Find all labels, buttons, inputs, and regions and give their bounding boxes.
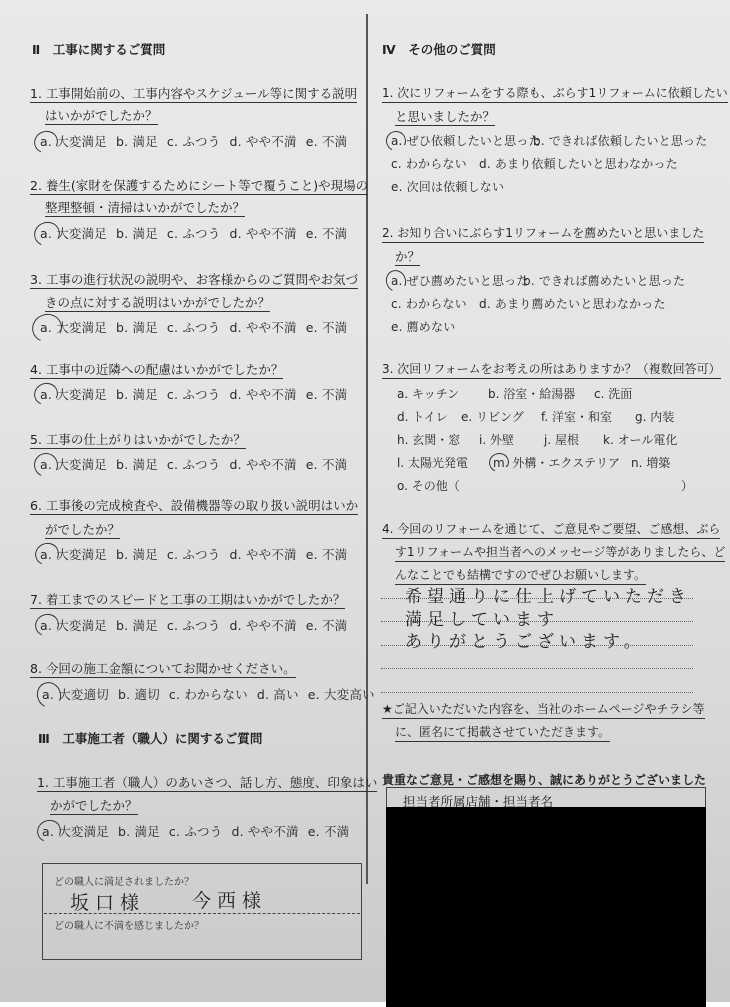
option-d[interactable]: d. やや不満	[229, 547, 296, 562]
q3-choice-h[interactable]: h. 玄関・窓	[397, 431, 460, 448]
satisfied-craftsman-label: どの職人に満足されましたか？	[54, 873, 194, 888]
option-e[interactable]: e. 大変高い	[308, 687, 375, 702]
s4-q2-option-e[interactable]: e. 薦めない	[391, 318, 455, 335]
s4-q2-option-c[interactable]: c. わからない	[391, 295, 467, 312]
s2-q3-line2: きの点に対する説明はいかがでしたか？	[45, 295, 270, 312]
publication-notice-line2: に、匿名にて掲載させていただきます。	[395, 725, 610, 742]
option-e[interactable]: e. 不満	[306, 134, 348, 149]
option-e[interactable]: e. 不満	[308, 824, 350, 839]
option-c[interactable]: c. ふつう	[167, 134, 221, 149]
s4-q1-option-b[interactable]: b. できれば依頼したいと思った	[533, 132, 707, 149]
option-d[interactable]: d. やや不満	[229, 457, 296, 472]
option-d[interactable]: d. やや不満	[229, 320, 296, 335]
s4-q2-option-a[interactable]: a. ぜひ薦めたいと思った	[391, 272, 529, 289]
s2-q5-line1: 5. 工事の仕上がりはいかがでしたか？	[30, 432, 246, 449]
s3-q1-options: a. 大変満足b. 満足c. ふつうd. やや不満e. 不満	[42, 822, 358, 840]
s2-q7-line1: 7. 着工までのスピードと工事の工期はいかがでしたか？	[30, 592, 345, 609]
s2-q2-options: a. 大変満足b. 満足c. ふつうd. やや不満e. 不満	[40, 224, 356, 242]
s4-q2-line1: 2. お知り合いにぶらす1リフォームを薦めたいと思いました	[382, 226, 704, 243]
s2-q6-options: a. 大変満足b. 満足c. ふつうd. やや不満e. 不満	[40, 545, 356, 563]
option-c[interactable]: c. ふつう	[169, 824, 223, 839]
box-dashed-separator	[44, 913, 360, 914]
s2-q3-line1: 3. 工事の進行状況の説明や、お客様からのご質問やお気づ	[30, 272, 358, 289]
s4-q1-option-c[interactable]: c. わからない	[391, 155, 467, 172]
q3-choice-l[interactable]: l. 太陽光発電	[397, 454, 468, 471]
section3-title: Ⅲ 工事施工者（職人）に関するご質問	[38, 729, 262, 747]
comment-answer-line-3[interactable]: ありがとうございます。	[405, 627, 646, 652]
s2-q6-line2: がでしたか？	[45, 522, 120, 539]
comment-ruled-line	[381, 621, 693, 622]
option-c[interactable]: c. ふつう	[167, 547, 221, 562]
s4-q1-option-a[interactable]: a. ぜひ依頼したいと思った	[391, 132, 541, 149]
s2-q4-options: a. 大変満足b. 満足c. ふつうd. やや不満e. 不満	[40, 385, 356, 403]
option-b[interactable]: b. 満足	[116, 320, 158, 335]
redacted-area	[386, 807, 706, 1007]
option-c[interactable]: c. ふつう	[167, 226, 221, 241]
option-e[interactable]: e. 不満	[306, 457, 348, 472]
option-e[interactable]: e. 不満	[306, 618, 348, 633]
s2-q5-options: a. 大変満足b. 満足c. ふつうd. やや不満e. 不満	[40, 455, 356, 473]
option-d[interactable]: d. やや不満	[229, 618, 296, 633]
option-b[interactable]: b. 満足	[116, 134, 158, 149]
option-c[interactable]: c. ふつう	[167, 618, 221, 633]
option-c[interactable]: c. ふつう	[167, 387, 221, 402]
option-b[interactable]: b. 適切	[118, 687, 160, 702]
s3-q1-line1: 1. 工事施工者（職人）のあいさつ、話し方、態度、印象はい	[37, 775, 377, 792]
q3-choice-a[interactable]: a. キッチン	[397, 385, 459, 402]
section2-title: Ⅱ 工事に関するご質問	[32, 40, 165, 58]
q3-choice-j[interactable]: j. 屋根	[544, 431, 579, 448]
q3-choice-other[interactable]: o. その他（	[397, 477, 460, 494]
q3-other-close: ）	[681, 477, 693, 494]
q3-choice-f[interactable]: f. 洋室・和室	[541, 408, 612, 425]
publication-notice-line1: ★ご記入いただいた内容を、当社のホームページやチラシ等	[382, 702, 705, 719]
q3-choice-n[interactable]: n. 増築	[631, 454, 670, 471]
s4-q4-line2: す1リフォームや担当者へのメッセージ等がありましたら、ど	[395, 545, 725, 562]
option-b[interactable]: b. 満足	[116, 618, 158, 633]
s4-q2-option-d[interactable]: d. あまり薦めたいと思わなかった	[479, 295, 666, 312]
s2-q8-options: a. 大変適切b. 適切c. わからないd. 高いe. 大変高い	[42, 685, 384, 703]
option-e[interactable]: e. 不満	[306, 226, 348, 241]
option-d[interactable]: d. やや不満	[229, 134, 296, 149]
option-b[interactable]: b. 満足	[116, 387, 158, 402]
option-d[interactable]: d. やや不満	[231, 824, 298, 839]
satisfied-craftsman-answer-2[interactable]: 今西様	[192, 886, 267, 913]
column-divider	[366, 14, 368, 884]
option-d[interactable]: d. やや不満	[229, 387, 296, 402]
q3-choice-c[interactable]: c. 洗面	[594, 385, 632, 402]
option-b[interactable]: b. 満足	[116, 457, 158, 472]
option-b[interactable]: b. 満足	[116, 226, 158, 241]
q3-choice-k[interactable]: k. オール電化	[603, 431, 677, 448]
comment-ruled-line	[381, 668, 693, 669]
q3-choice-i[interactable]: i. 外壁	[479, 431, 514, 448]
s4-q1-line2: と思いましたか？	[395, 109, 495, 126]
s4-q1-option-d[interactable]: d. あまり依頼したいと思わなかった	[479, 155, 678, 172]
s4-q1-line1: 1. 次にリフォームをする際も、ぶらす1リフォームに依頼したい	[382, 86, 728, 103]
option-d[interactable]: d. やや不満	[229, 226, 296, 241]
option-e[interactable]: e. 不満	[306, 547, 348, 562]
q3-choice-d[interactable]: d. トイレ	[397, 408, 448, 425]
s4-q3-line1: 3. 次回リフォームをお考えの所はありますか？（複数回答可）	[382, 362, 721, 379]
s2-q2-line2: 整理整頓・清掃はいかがでしたか？	[45, 200, 245, 217]
comment-ruled-line	[381, 645, 693, 646]
s2-q6-line1: 6. 工事後の完成検査や、設備機器等の取り扱い説明はいか	[30, 498, 358, 515]
s4-q2-line2: か？	[395, 249, 420, 266]
option-e[interactable]: e. 不満	[306, 320, 348, 335]
s2-q2-line1: 2. 養生(家財を保護するためにシート等で覆うこと)や現場の	[30, 178, 368, 195]
q3-choice-m[interactable]: m. 外構・エクステリア	[493, 454, 620, 471]
s3-q1-line2: かがでしたか？	[50, 798, 138, 815]
option-e[interactable]: e. 不満	[306, 387, 348, 402]
option-b[interactable]: b. 満足	[118, 824, 160, 839]
s4-q4-line1: 4. 今回のリフォームを通じて、ご意見やご要望、ご感想、ぶら	[382, 522, 720, 539]
s4-q1-option-e[interactable]: e. 次回は依頼しない	[391, 178, 504, 195]
option-c[interactable]: c. わからない	[169, 687, 248, 702]
option-b[interactable]: b. 満足	[116, 547, 158, 562]
comment-answer-line-1[interactable]: 希望通りに仕上げていただき	[405, 582, 691, 607]
option-d[interactable]: d. 高い	[257, 687, 299, 702]
s2-q1-line1: 1. 工事開始前の、工事内容やスケジュール等に関する説明	[30, 86, 357, 103]
s2-q8-line1: 8. 今回の施工金額についてお聞かせください。	[30, 661, 296, 678]
s2-q1-line2: はいかがでしたか？	[45, 108, 158, 125]
option-c[interactable]: c. ふつう	[167, 457, 221, 472]
q3-choice-b[interactable]: b. 浴室・給湯器	[488, 385, 575, 402]
section4-title: Ⅳ その他のご質問	[382, 40, 496, 58]
comment-ruled-line	[381, 692, 693, 693]
q3-choice-e[interactable]: e. リビング	[461, 408, 524, 425]
s2-q4-line1: 4. 工事中の近隣への配慮はいかがでしたか？	[30, 362, 283, 379]
s4-q2-option-b[interactable]: b. できれば薦めたいと思った	[523, 272, 685, 289]
comment-ruled-line	[381, 598, 693, 599]
s2-q1-options: a. 大変満足b. 満足c. ふつうd. やや不満e. 不満	[40, 132, 356, 150]
s2-q3-options: a. 大変満足b. 満足c. ふつうd. やや不満e. 不満	[40, 318, 356, 336]
s2-q7-options: a. 大変満足b. 満足c. ふつうd. やや不満e. 不満	[40, 616, 356, 634]
unsatisfied-craftsman-label: どの職人に不満を感じましたか？	[54, 917, 204, 932]
q3-choice-g[interactable]: g. 内装	[635, 408, 674, 425]
satisfied-craftsman-answer-1[interactable]: 坂口様	[70, 888, 145, 915]
thanks-message: 貴重なご意見・ご感想を賜り、誠にありがとうございました	[382, 771, 706, 788]
option-c[interactable]: c. ふつう	[167, 320, 221, 335]
